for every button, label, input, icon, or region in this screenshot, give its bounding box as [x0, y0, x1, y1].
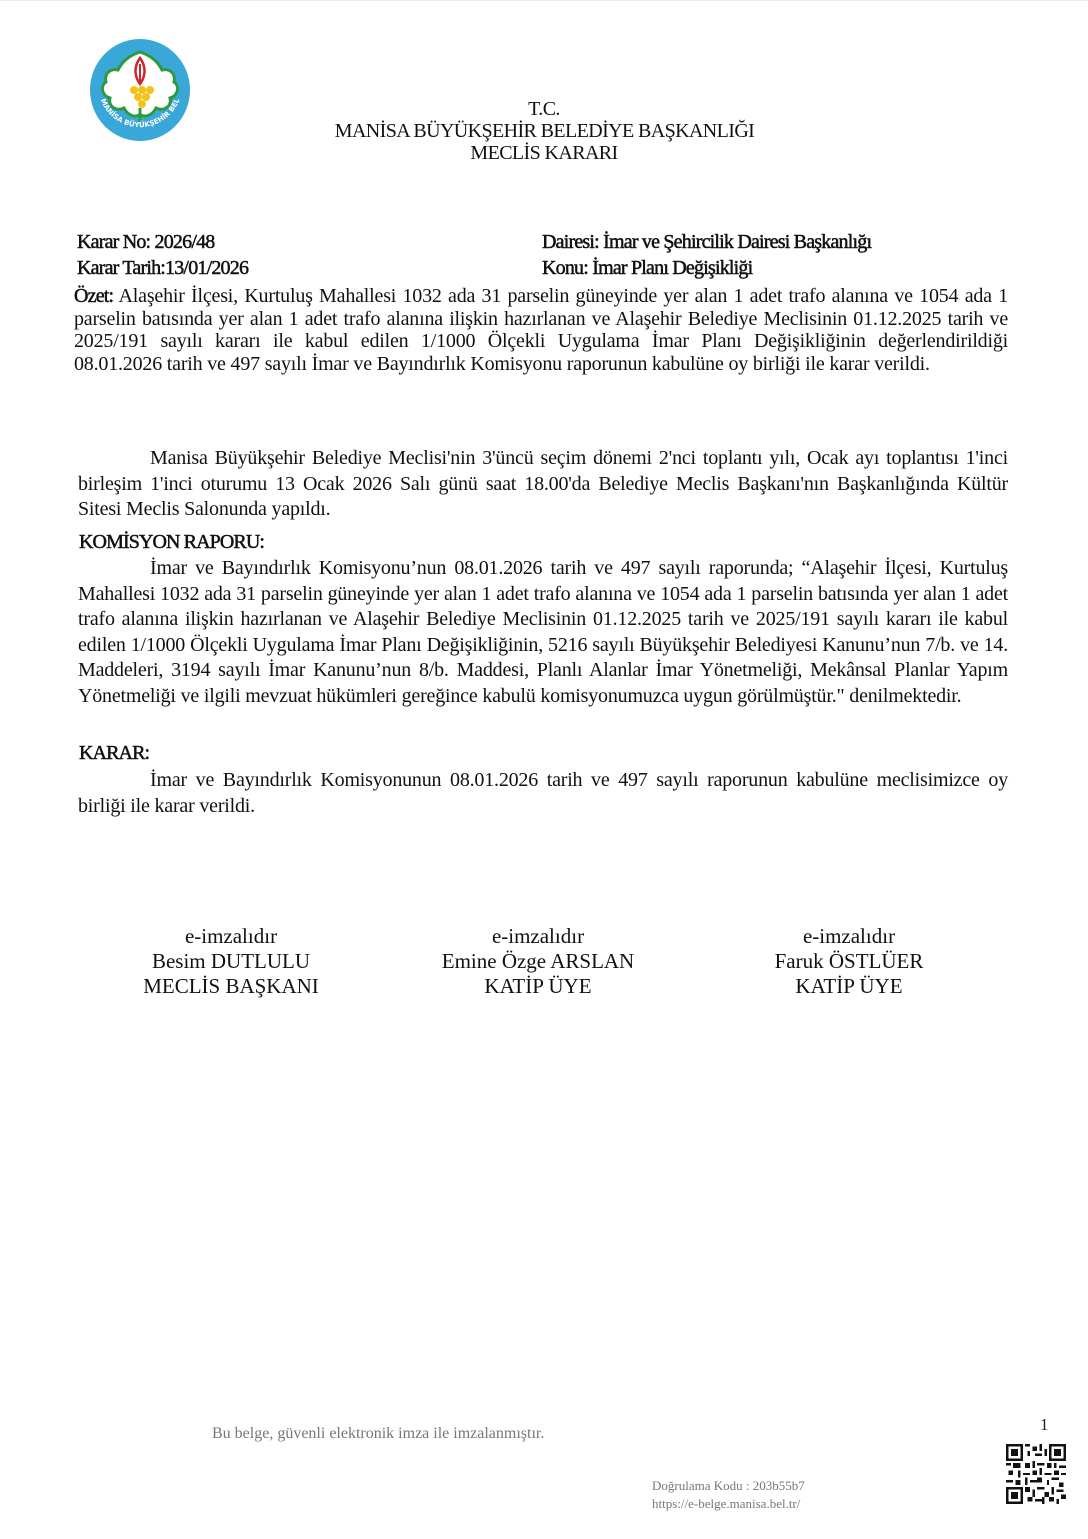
decision-meta-right: Dairesi: İmar ve Şehircilik Dairesi Başk… [542, 229, 871, 281]
page-top-edge [0, 0, 1088, 1]
verification-code: 203b55b7 [753, 1478, 805, 1493]
page-number: 1 [1040, 1415, 1049, 1435]
header-document-type: MECLİS KARARI [0, 142, 1088, 164]
decision-date: 13/01/2026 [165, 257, 248, 279]
decision-number-row: Karar No: 2026/48 [77, 229, 248, 255]
decision-date-label: Karar Tarih: [77, 257, 165, 279]
subject: İmar Planı Değişikliği [588, 257, 752, 279]
decision-text: İmar ve Bayındırlık Komisyonunun 08.01.2… [78, 768, 1008, 819]
signatory-name: Faruk ÖSTLÜER [719, 949, 979, 974]
verification-block: Doğrulama Kodu : 203b55b7 https://e-belg… [652, 1477, 805, 1513]
decision-title: KARAR: [79, 742, 149, 765]
header-institution: MANİSA BÜYÜKŞEHİR BELEDİYE BAŞKANLIĞI [1, 120, 1088, 142]
verification-code-row: Doğrulama Kodu : 203b55b7 [652, 1477, 805, 1495]
commission-report-text: İmar ve Bayındırlık Komisyonu’nun 08.01.… [78, 556, 1008, 709]
decision-date-row: Karar Tarih:13/01/2026 [77, 255, 248, 281]
signatory-role: KATİP ÜYE [719, 974, 979, 999]
verification-code-label: Doğrulama Kodu : [652, 1478, 753, 1493]
summary-text: Alaşehir İlçesi, Kurtuluş Mahallesi 1032… [74, 285, 1008, 375]
signatory-name: Besim DUTLULU [101, 949, 361, 974]
signature-status: e-imzalıdır [719, 924, 979, 949]
header-tc: T.C. [0, 98, 1088, 120]
department-row: Dairesi: İmar ve Şehircilik Dairesi Başk… [542, 229, 871, 255]
department: İmar ve Şehircilik Dairesi Başkanlığı [599, 231, 871, 253]
session-intro-paragraph: Manisa Büyükşehir Belediye Meclisi'nin 3… [78, 446, 1008, 523]
subject-label: Konu: [542, 257, 588, 279]
summary-label: Özet: [74, 285, 113, 307]
verification-url[interactable]: https://e-belge.manisa.bel.tr/ [652, 1495, 805, 1513]
department-label: Dairesi: [542, 231, 599, 253]
signature-status: e-imzalıdır [408, 924, 668, 949]
signature-status: e-imzalıdır [101, 924, 361, 949]
signature-block-clerk-2: e-imzalıdır Faruk ÖSTLÜER KATİP ÜYE [719, 924, 979, 999]
summary-paragraph: Özet: Alaşehir İlçesi, Kurtuluş Mahalles… [74, 285, 1008, 375]
decision-number-label: Karar No: [77, 231, 150, 253]
e-signature-note: Bu belge, güvenli elektronik imza ile im… [212, 1425, 544, 1443]
decision-meta-left: Karar No: 2026/48 Karar Tarih:13/01/2026 [77, 229, 248, 281]
signatory-name: Emine Özge ARSLAN [408, 949, 668, 974]
document-header: T.C. MANİSA BÜYÜKŞEHİR BELEDİYE BAŞKANLI… [0, 98, 1088, 164]
signature-block-clerk-1: e-imzalıdır Emine Özge ARSLAN KATİP ÜYE [408, 924, 668, 999]
qr-code-icon[interactable] [1006, 1443, 1066, 1505]
decision-number: 2026/48 [150, 231, 214, 253]
signatory-role: MECLİS BAŞKANI [101, 974, 361, 999]
commission-report-title: KOMİSYON RAPORU: [79, 531, 264, 554]
signature-block-chair: e-imzalıdır Besim DUTLULU MECLİS BAŞKANI [101, 924, 361, 999]
subject-row: Konu: İmar Planı Değişikliği [542, 255, 871, 281]
signatory-role: KATİP ÜYE [408, 974, 668, 999]
